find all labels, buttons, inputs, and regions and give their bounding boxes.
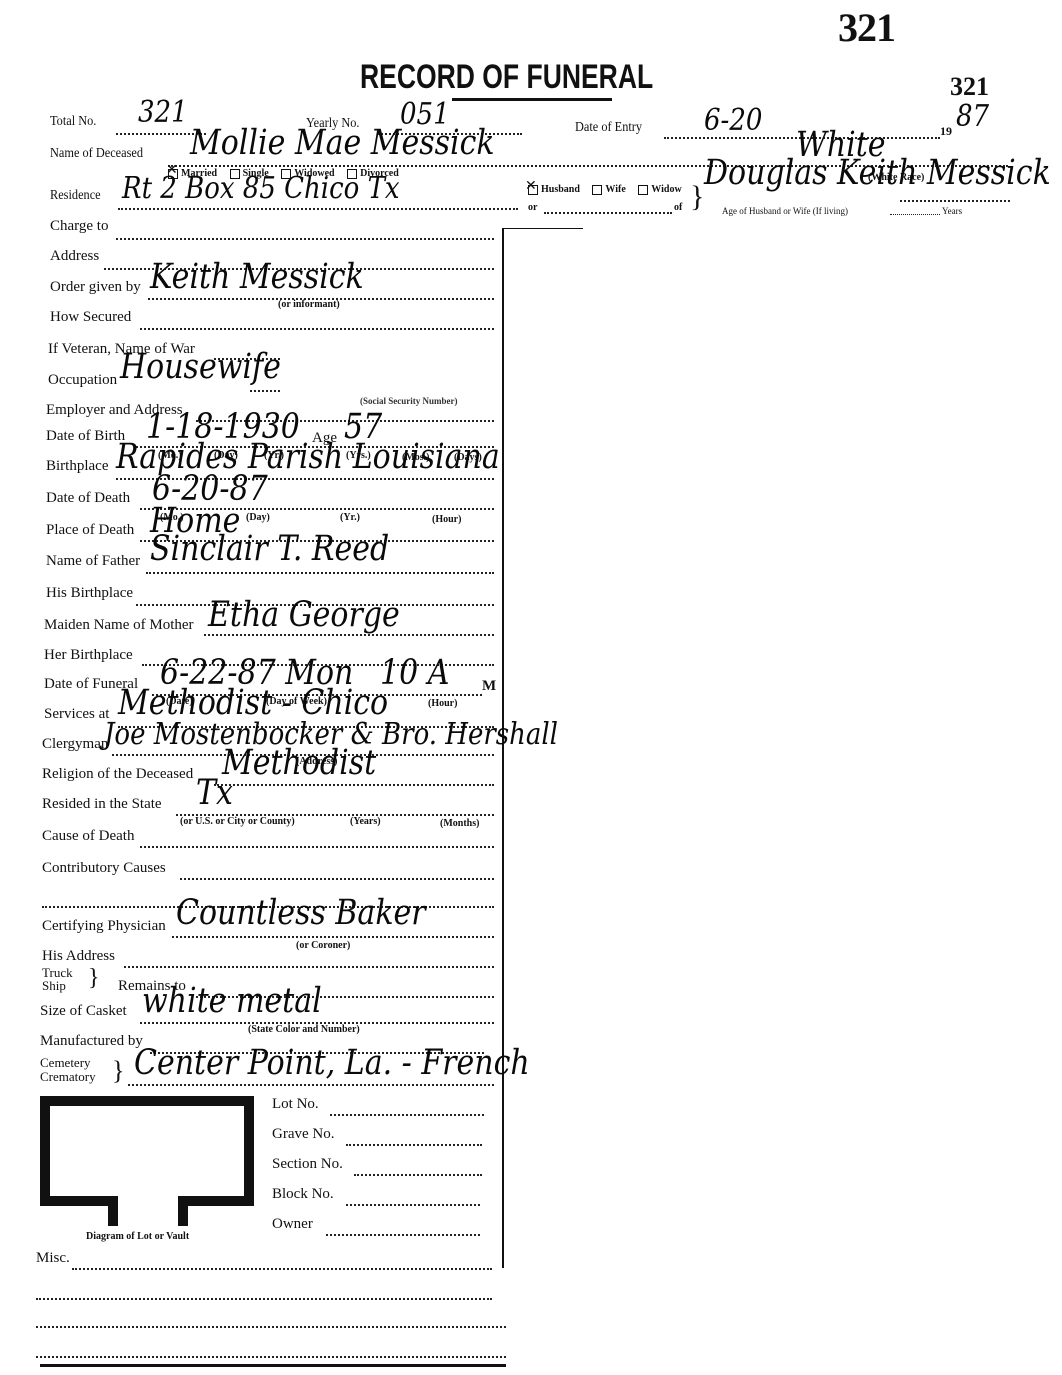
religion-line[interactable]: [214, 784, 494, 786]
checkbox-husband-checked[interactable]: ✕: [528, 185, 538, 195]
date-of-entry-label: Date of Entry: [575, 120, 642, 136]
lot-vault-diagram: [40, 1096, 254, 1206]
residence-line: [118, 208, 518, 210]
how-secured-label: How Secured: [50, 309, 131, 326]
funeral-hour-value: 10 A: [380, 653, 449, 693]
block-no-line[interactable]: [346, 1204, 480, 1206]
funeral-caption-hour: (Hour): [428, 698, 457, 709]
spouse-age-unit: Years: [942, 206, 962, 216]
year-prefix: 19: [940, 124, 952, 139]
crematory-label: Crematory: [40, 1070, 96, 1084]
page-bottom-rule: [40, 1364, 506, 1367]
his-address-line[interactable]: [124, 966, 494, 968]
brace-icon: }: [112, 1058, 124, 1084]
dod-caption-hour: (Hour): [432, 514, 461, 525]
lot-no-label: Lot No.: [272, 1096, 319, 1113]
resided-caption-years: (Years): [350, 816, 381, 827]
ssn-caption: (Social Security Number): [360, 396, 457, 406]
year-value: 87: [956, 100, 989, 135]
resided-in-state-label: Resided in the State: [42, 796, 162, 813]
truck-ship-labels: Truck Ship: [42, 966, 73, 992]
size-of-casket-label: Size of Casket: [40, 1003, 127, 1020]
cemetery-crematory-labels: Cemetery Crematory: [40, 1056, 96, 1084]
cemetery-label: Cemetery: [40, 1056, 96, 1070]
funeral-m-suffix: M: [482, 678, 496, 695]
birthplace-label: Birthplace: [46, 458, 108, 475]
resided-caption-months: (Months): [440, 818, 479, 829]
maiden-name-of-mother-label: Maiden Name of Mother: [44, 617, 194, 634]
contributory-causes-label: Contributory Causes: [42, 860, 166, 877]
vault-post-left: [108, 1196, 118, 1226]
brace-icon: }: [690, 180, 704, 214]
her-birthplace-label: Her Birthplace: [44, 647, 133, 664]
name-of-father-label: Name of Father: [46, 553, 140, 570]
page-title: RECORD OF FUNERAL: [360, 58, 653, 97]
misc-line-2[interactable]: [36, 1298, 492, 1300]
spouse-or-line: [544, 212, 672, 214]
vault-bottom-right: [178, 1196, 254, 1206]
size-of-casket-value: white metal: [142, 981, 322, 1021]
charge-to-label: Charge to: [50, 218, 108, 235]
date-of-birth-label: Date of Birth: [46, 428, 125, 445]
or-label: or: [528, 202, 537, 213]
maiden-name-of-mother-value: Etha George: [208, 595, 400, 635]
section-no-label: Section No.: [272, 1156, 343, 1173]
of-label: of: [674, 202, 682, 213]
vault-post-right: [178, 1196, 188, 1226]
spouse-age-label: Age of Husband or Wife (If living): [722, 206, 848, 216]
his-address-label: His Address: [42, 948, 115, 965]
title-underline: [452, 98, 612, 101]
spouse-age-line: [890, 214, 940, 215]
order-given-by-value: Keith Messick: [150, 257, 364, 297]
spouse-name-value: Douglas Keith Messick: [704, 153, 1051, 193]
residence-label: Residence: [50, 188, 101, 204]
occupation-value: Housewife: [120, 347, 281, 387]
misc-label: Misc.: [36, 1250, 70, 1267]
misc-line-3[interactable]: [36, 1326, 506, 1328]
checkbox-widow[interactable]: [638, 185, 648, 195]
record-number-small: 321: [950, 72, 989, 102]
name-of-father-line[interactable]: [146, 572, 494, 574]
certifying-physician-caption: (or Coroner): [296, 940, 350, 951]
religion-label: Religion of the Deceased: [42, 766, 193, 783]
spouse-option-wife[interactable]: Wife: [592, 184, 625, 195]
total-no-label: Total No.: [50, 114, 96, 130]
block-no-label: Block No.: [272, 1186, 334, 1203]
dod-caption-day: (Day): [246, 512, 270, 523]
certifying-physician-line[interactable]: [172, 936, 494, 938]
name-of-deceased-value: Mollie Mae Messick: [190, 123, 495, 163]
checkbox-wife[interactable]: [592, 185, 602, 195]
clergyman-label: Clergyman: [42, 736, 108, 753]
order-given-by-caption: (or informant): [278, 299, 340, 310]
resided-in-state-value: Tx: [196, 773, 233, 813]
date-of-death-label: Date of Death: [46, 490, 130, 507]
misc-line-4[interactable]: [36, 1356, 506, 1358]
name-of-father-value: Sinclair T. Reed: [150, 529, 389, 569]
cemetery-line[interactable]: [128, 1084, 494, 1086]
grave-no-label: Grave No.: [272, 1126, 334, 1143]
contributory-causes-line[interactable]: [180, 878, 494, 880]
spouse-name-line: [900, 200, 1010, 202]
resided-caption-place: (or U.S. or City or County): [180, 816, 295, 827]
charge-to-line[interactable]: [116, 238, 494, 240]
place-of-death-label: Place of Death: [46, 522, 134, 539]
cause-of-death-label: Cause of Death: [42, 828, 134, 845]
religion-value: Methodist: [222, 743, 376, 783]
manufactured-by-label: Manufactured by: [40, 1033, 143, 1050]
services-at-label: Services at: [44, 706, 109, 723]
cemetery-value: Center Point, La. - French: [134, 1043, 530, 1083]
dod-caption-year: (Yr.): [340, 512, 360, 523]
record-number-stamp: 321: [838, 4, 895, 51]
address-label: Address: [50, 248, 99, 265]
cause-of-death-line[interactable]: [140, 846, 494, 848]
date-of-entry-value: 6-20: [704, 104, 762, 139]
misc-line-1[interactable]: [72, 1268, 492, 1270]
occupation-label: Occupation: [48, 372, 117, 389]
certifying-physician-value: Countless Baker: [176, 893, 426, 933]
order-given-by-label: Order given by: [50, 279, 141, 296]
his-birthplace-label: His Birthplace: [46, 585, 133, 602]
ship-label: Ship: [42, 979, 73, 992]
spouse-option-widow[interactable]: Widow: [638, 184, 681, 195]
vault-bottom-left: [40, 1196, 118, 1206]
brace-icon: }: [88, 966, 100, 990]
name-of-deceased-label: Name of Deceased: [50, 146, 143, 162]
spouse-type-group: ✕Husband Wife Widow: [528, 184, 692, 195]
total-no-value: 321: [138, 96, 188, 131]
lot-no-line[interactable]: [330, 1114, 484, 1116]
owner-label: Owner: [272, 1216, 313, 1233]
how-secured-line[interactable]: [140, 328, 494, 330]
occupation-line[interactable]: [250, 390, 280, 392]
certifying-physician-label: Certifying Physician: [42, 918, 166, 935]
owner-line[interactable]: [326, 1234, 480, 1236]
size-of-casket-caption: (State Color and Number): [248, 1024, 360, 1035]
residence-value: Rt 2 Box 85 Chico Tx: [122, 172, 400, 207]
section-no-line[interactable]: [354, 1174, 482, 1176]
grave-no-line[interactable]: [346, 1144, 482, 1146]
panel-top-border: [503, 228, 583, 229]
spouse-option-husband[interactable]: ✕Husband: [528, 184, 580, 195]
diagram-caption: Diagram of Lot or Vault: [86, 1231, 189, 1242]
